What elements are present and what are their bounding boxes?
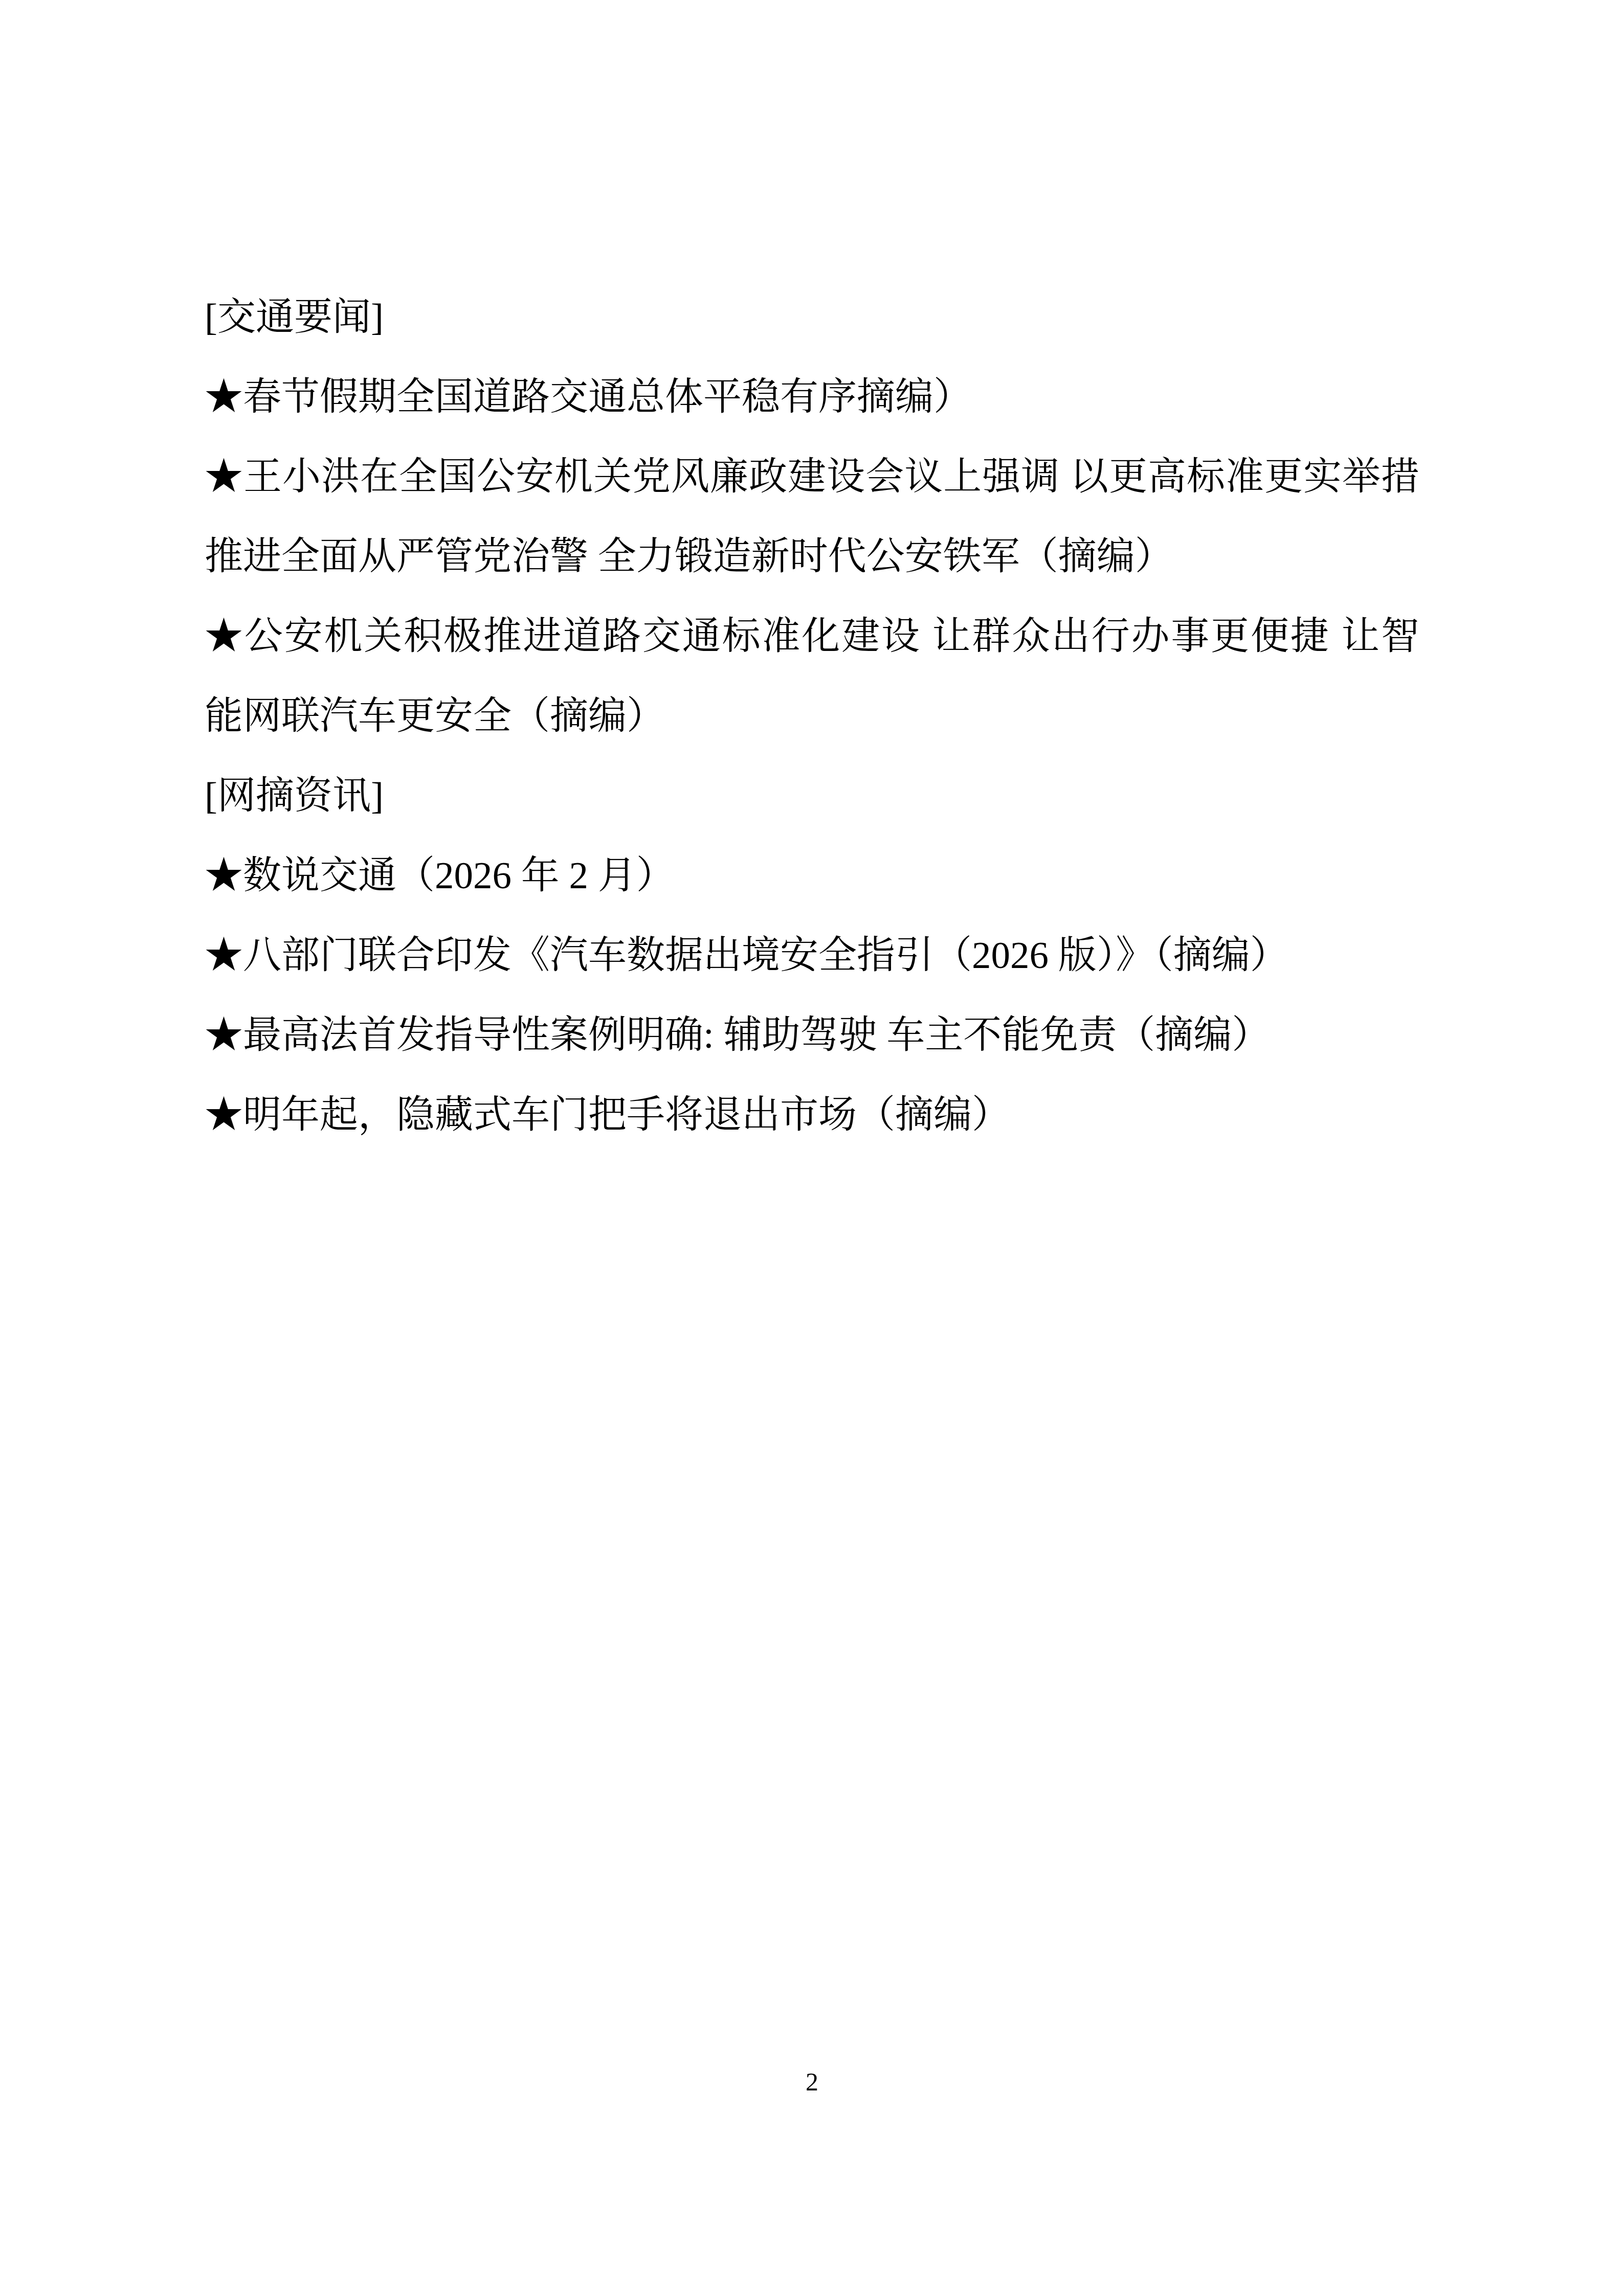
section-header-web-digest: [网摘资讯] [205, 756, 1419, 836]
toc-item-hidden-door-handles: ★明年起，隐藏式车门把手将退出市场（摘编） [205, 1075, 1419, 1155]
toc-item-supreme-court-guiding-case: ★最高法首发指导性案例明确: 辅助驾驶 车主不能免责（摘编） [205, 996, 1419, 1075]
toc-item-spring-festival-traffic: ★春节假期全国道路交通总体平稳有序摘编） [205, 357, 1419, 437]
section-header-traffic-news: [交通要闻] [205, 278, 1419, 357]
page-number: 2 [806, 2067, 818, 2096]
toc-item-road-traffic-standardization-line2: 能网联汽车更安全（摘编） [205, 677, 1419, 756]
toc-content: [交通要闻] ★春节假期全国道路交通总体平稳有序摘编） ★王小洪在全国公安机关党… [205, 278, 1419, 1155]
toc-item-wangxiaohong-speech-line2: 推进全面从严管党治警 全力锻造新时代公安铁军（摘编） [205, 517, 1419, 597]
page-footer: 2 [0, 2066, 1624, 2098]
toc-item-transport-in-numbers: ★数说交通（2026 年 2 月） [205, 836, 1419, 916]
toc-item-road-traffic-standardization-line1: ★公安机关积极推进道路交通标准化建设 让群众出行办事更便捷 让智 [205, 597, 1419, 677]
toc-item-car-data-export-guideline: ★八部门联合印发《汽车数据出境安全指引（2026 版）》（摘编） [205, 916, 1419, 996]
document-page: [交通要闻] ★春节假期全国道路交通总体平稳有序摘编） ★王小洪在全国公安机关党… [0, 0, 1624, 2296]
toc-item-wangxiaohong-speech-line1: ★王小洪在全国公安机关党风廉政建设会议上强调 以更高标准更实举措 [205, 437, 1419, 517]
